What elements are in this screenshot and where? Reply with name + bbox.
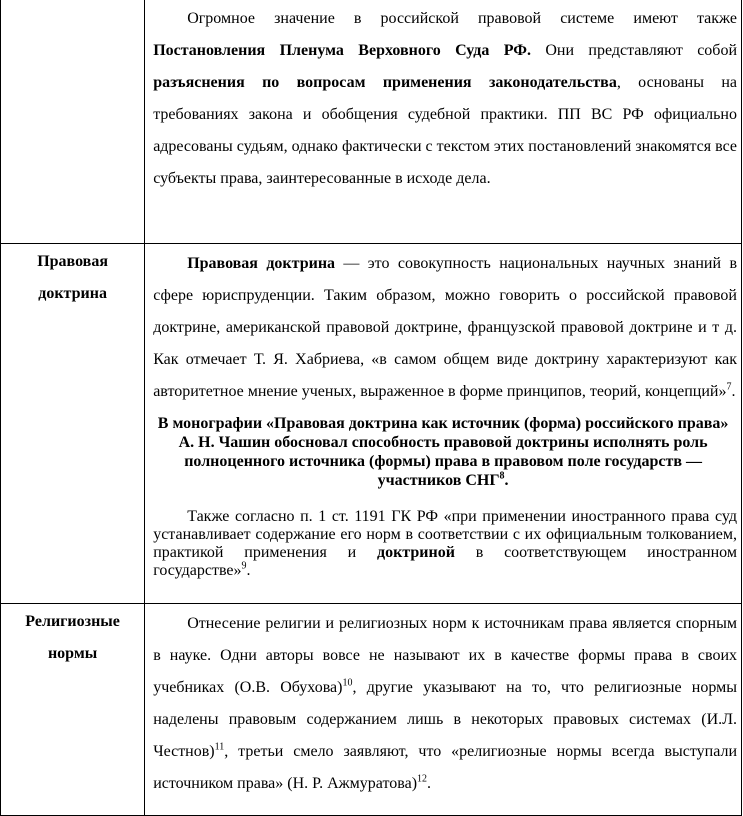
- text: .: [731, 383, 735, 400]
- bold-term: разъяснения по вопросам применения закон…: [153, 74, 617, 91]
- row-label-line1: Правовая: [37, 253, 108, 270]
- paragraph-supreme-court: Огромное значение в российской правовой …: [145, 0, 741, 195]
- table-row-supreme-court-resolutions: Огромное значение в российской правовой …: [1, 0, 742, 244]
- paragraph-doctrine-definition: Правовая доктрина — это совокупность нац…: [145, 244, 741, 408]
- footnote-ref[interactable]: 12: [417, 774, 427, 785]
- row-label-cell: Правоваядоктрина: [1, 244, 145, 604]
- paragraph-civil-code: Также согласно п. 1 ст. 1191 ГК РФ «при …: [145, 490, 741, 580]
- bold-text: В монографии «Правовая доктрина как исто…: [158, 415, 729, 489]
- text: Они представляют собой: [531, 42, 737, 59]
- text: .: [247, 562, 251, 579]
- bold-term: Правовая доктрина: [187, 255, 335, 272]
- row-label-cell: [1, 0, 145, 244]
- row-content-cell: Правовая доктрина — это совокупность нац…: [145, 244, 742, 604]
- row-content-cell: Отнесение религии и религиозных норм к и…: [145, 604, 742, 816]
- text: .: [427, 775, 431, 792]
- row-label-cell: Религиозныенормы: [1, 604, 145, 816]
- sources-of-law-table: Огромное значение в российской правовой …: [0, 0, 742, 816]
- paragraph-monograph: В монографии «Правовая доктрина как исто…: [145, 408, 741, 490]
- text: .: [505, 472, 509, 489]
- bold-term: Постановления Пленума Верховного Суда РФ…: [153, 42, 531, 59]
- text: , третьи смело заявляют, что «религиозны…: [153, 743, 737, 792]
- row-content-cell: Огромное значение в российской правовой …: [145, 0, 742, 244]
- paragraph-religious-norms: Отнесение религии и религиозных норм к и…: [145, 604, 741, 800]
- row-label-line2: доктрина: [38, 285, 107, 302]
- row-label-line2: нормы: [48, 645, 97, 662]
- table-row-legal-doctrine: Правоваядоктрина Правовая доктрина — это…: [1, 244, 742, 604]
- row-label-line1: Религиозные: [25, 613, 120, 630]
- text: Огромное значение в российской правовой …: [187, 10, 737, 27]
- table-row-religious-norms: Религиозныенормы Отнесение религии и рел…: [1, 604, 742, 816]
- footnote-ref[interactable]: 11: [215, 742, 225, 753]
- bold-term: доктриной: [377, 544, 455, 561]
- text: — это совокупность национальных научных …: [153, 255, 737, 400]
- footnote-ref[interactable]: 10: [342, 678, 352, 689]
